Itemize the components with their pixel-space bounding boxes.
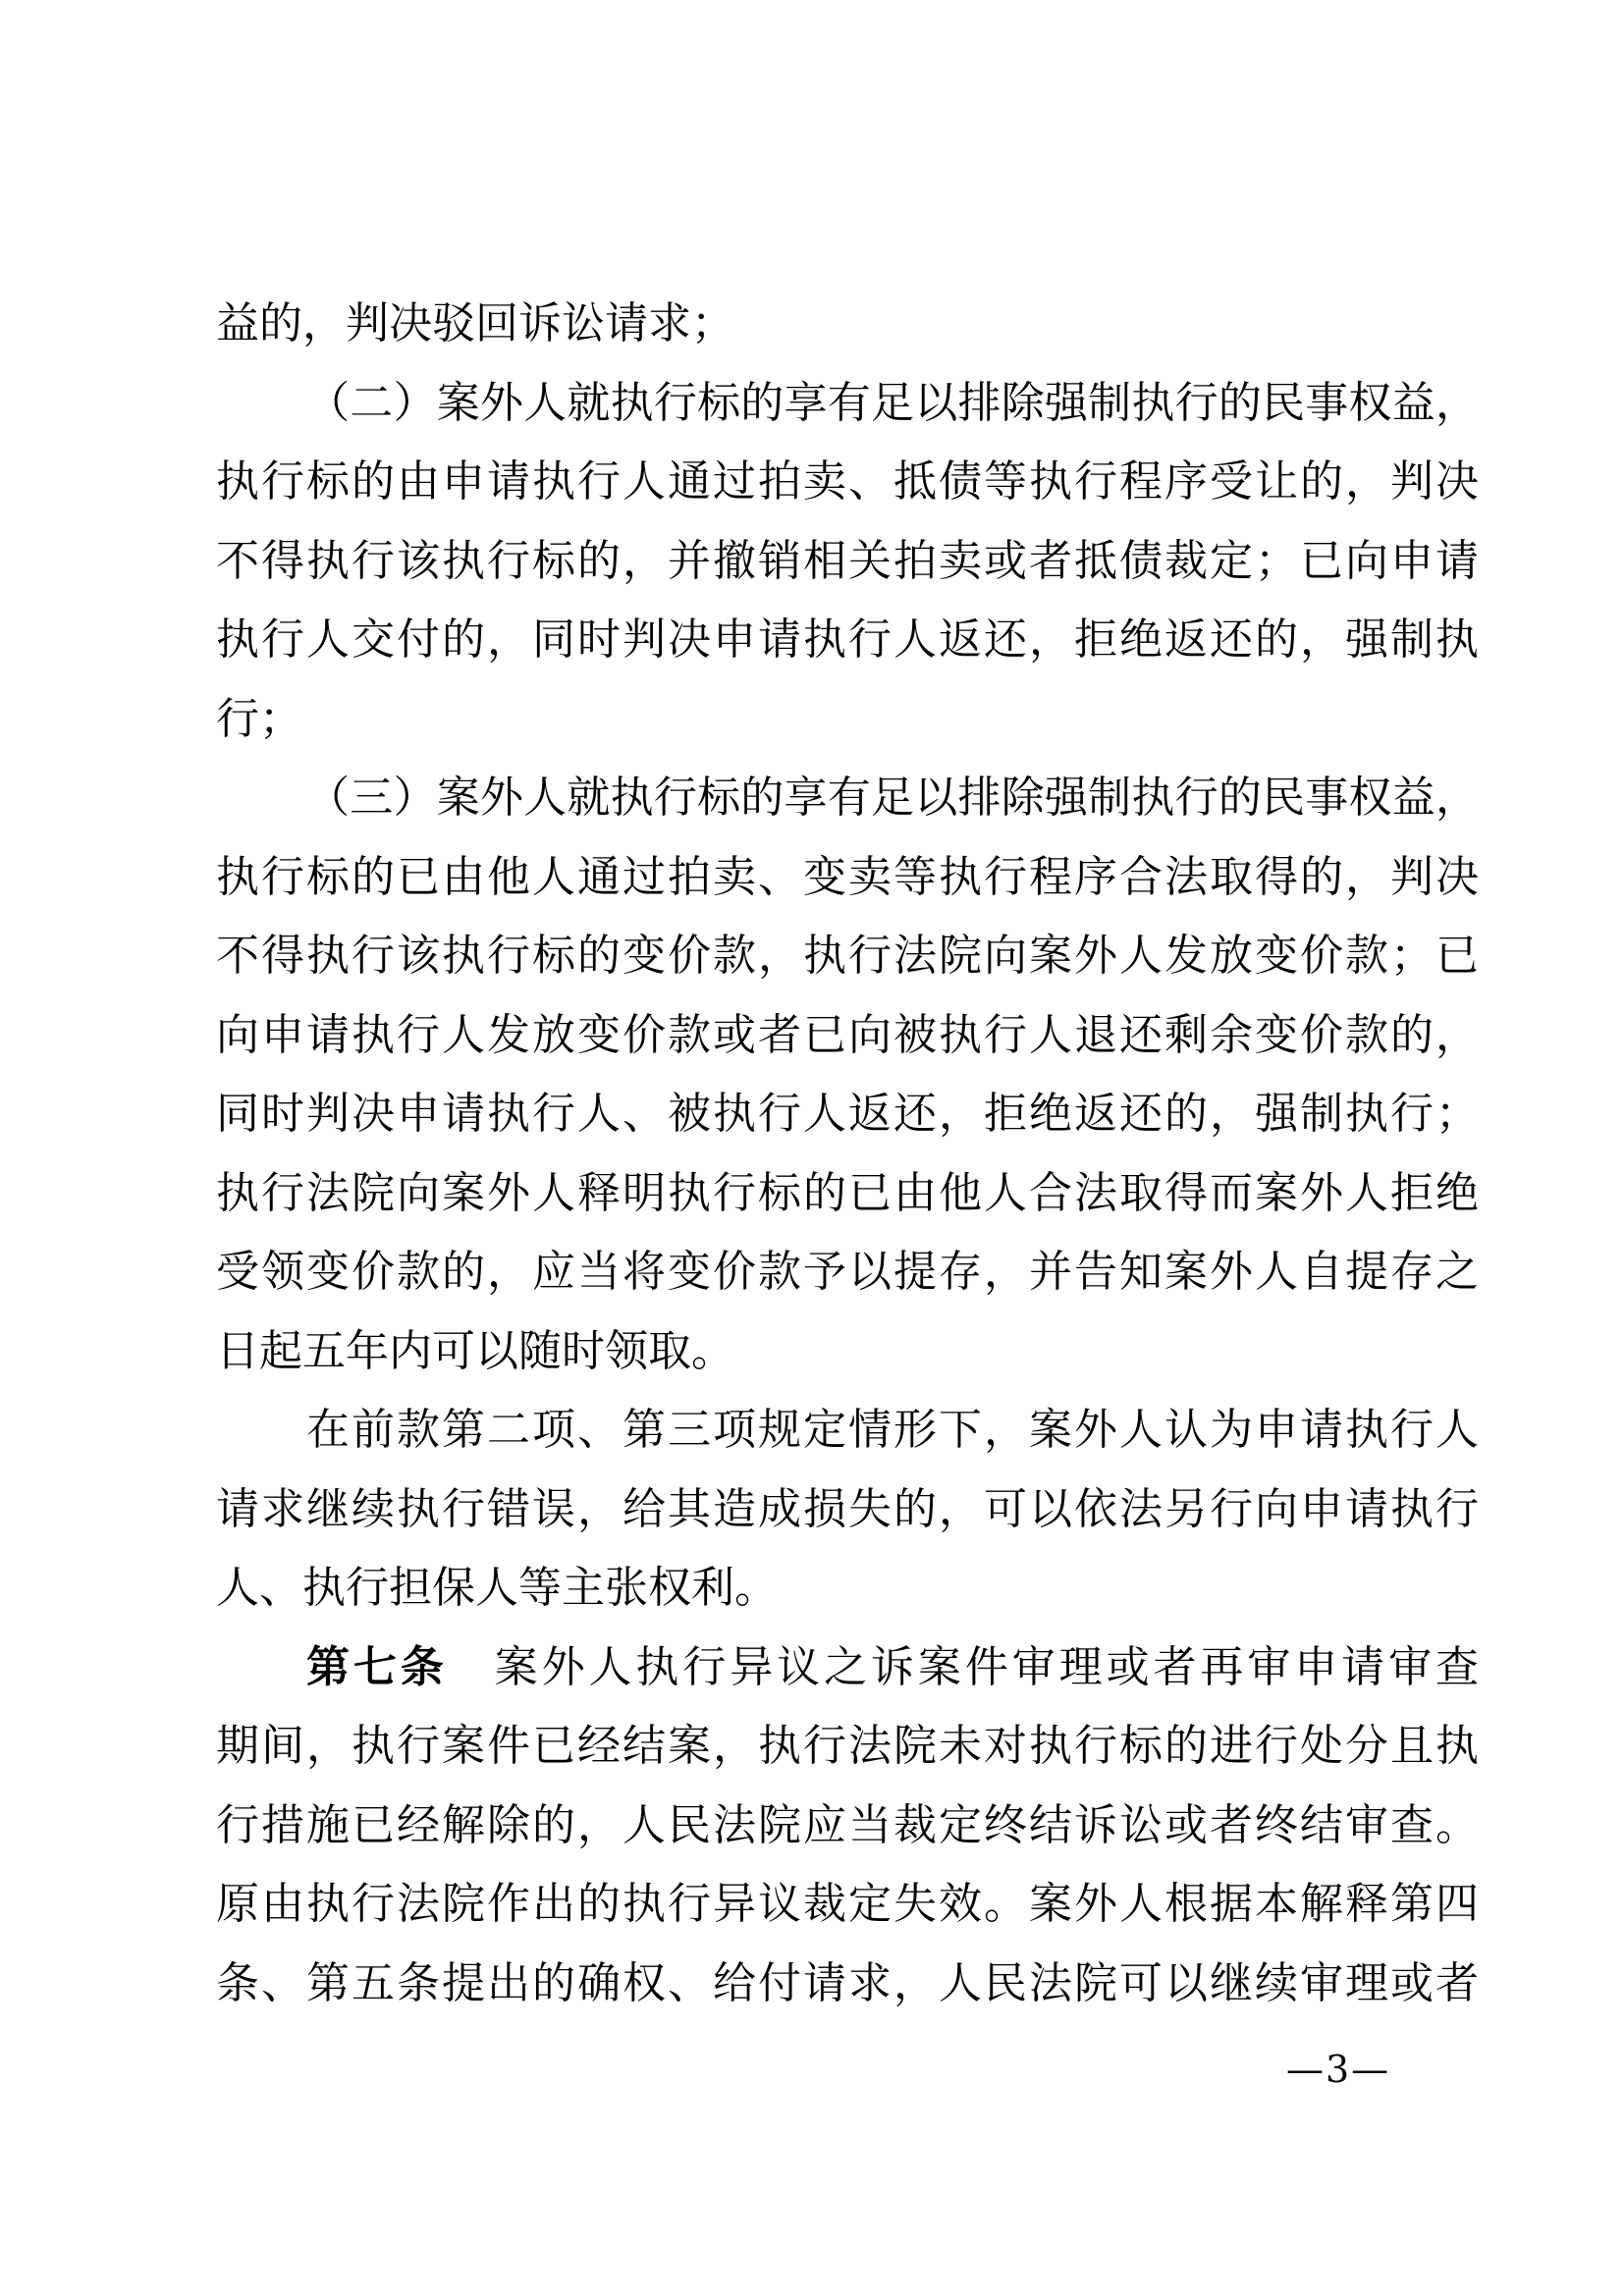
line-text: 益的，判决驳回诉讼请求； <box>216 298 734 348</box>
text-line: 人、执行担保人等主张权利。 <box>216 1549 1479 1629</box>
text-line: 不得执行该执行标的，并撤销相关拍卖或者抵债裁定；已向申请 <box>216 522 1479 602</box>
line-text: 执行标的由申请执行人通过拍卖、抵债等执行程序受让的，判决 <box>216 456 1479 507</box>
text-line: （二）案外人就执行标的享有足以排除强制执行的民事权益， <box>216 364 1479 444</box>
text-line: 行； <box>216 680 1479 760</box>
line-text: 日起五年内可以随时领取。 <box>216 1326 734 1376</box>
line-text: （二）案外人就执行标的享有足以排除强制执行的民事权益， <box>306 378 1479 428</box>
line-text: 不得执行该执行标的，并撤销相关拍卖或者抵债裁定；已向申请 <box>216 536 1479 586</box>
article-number-bold: 第七条 <box>306 1642 448 1692</box>
text-line: 请求继续执行错误，给其造成损失的，可以依法另行向申请执行 <box>216 1470 1479 1550</box>
text-line: 原由执行法院作出的执行异议裁定失效。案外人根据本解释第四 <box>216 1865 1479 1945</box>
text-line: 受领变价款的，应当将变价款予以提存，并告知案外人自提存之 <box>216 1233 1479 1312</box>
line-text: 同时判决申请执行人、被执行人返还，拒绝返还的，强制执行； <box>216 1089 1479 1139</box>
text-line: 第七条 案外人执行异议之诉案件审理或者再审申请审查 <box>216 1629 1479 1708</box>
line-text: 不得执行该执行标的变价款，执行法院向案外人发放变价款；已 <box>216 931 1479 981</box>
line-text: 执行标的已由他人通过拍卖、变卖等执行程序合法取得的，判决 <box>216 852 1479 902</box>
line-text: 执行人交付的，同时判决申请执行人返还，拒绝返还的，强制执 <box>216 614 1479 665</box>
line-text: 执行法院向案外人释明执行标的已由他人合法取得而案外人拒绝 <box>216 1168 1479 1218</box>
line-text: 行措施已经解除的，人民法院应当裁定终结诉讼或者终结审查。 <box>216 1800 1479 1850</box>
line-text: 人、执行担保人等主张权利。 <box>216 1563 778 1613</box>
text-line: 日起五年内可以随时领取。 <box>216 1312 1479 1392</box>
document-page: 益的，判决驳回诉讼请求； （二）案外人就执行标的享有足以排除强制执行的民事权益，… <box>0 0 1624 2296</box>
line-text: 原由执行法院作出的执行异议裁定失效。案外人根据本解释第四 <box>216 1879 1479 1929</box>
text-line: 不得执行该执行标的变价款，执行法院向案外人发放变价款；已 <box>216 917 1479 996</box>
text-line: 行措施已经解除的，人民法院应当裁定终结诉讼或者终结审查。 <box>216 1787 1479 1866</box>
line-text: 行； <box>216 694 302 744</box>
text-line: 执行人交付的，同时判决申请执行人返还，拒绝返还的，强制执 <box>216 601 1479 680</box>
text-line: 同时判决申请执行人、被执行人返还，拒绝返还的，强制执行； <box>216 1075 1479 1154</box>
text-line: 执行法院向案外人释明执行标的已由他人合法取得而案外人拒绝 <box>216 1154 1479 1234</box>
page-number: —3— <box>1286 2048 1390 2091</box>
line-text: 条、第五条提出的确权、给付请求，人民法院可以继续审理或者 <box>216 1958 1479 2008</box>
text-line: 期间，执行案件已经结案，执行法院未对执行标的进行处分且执 <box>216 1707 1479 1787</box>
text-line: （三）案外人就执行标的享有足以排除强制执行的民事权益， <box>216 759 1479 838</box>
line-text: 向申请执行人发放变价款或者已向被执行人退还剩余变价款的， <box>216 1010 1479 1060</box>
text-line: 在前款第二项、第三项规定情形下，案外人认为申请执行人 <box>216 1391 1479 1470</box>
text-line: 向申请执行人发放变价款或者已向被执行人退还剩余变价款的， <box>216 996 1479 1076</box>
line-text: 请求继续执行错误，给其造成损失的，可以依法另行向申请执行 <box>216 1484 1479 1534</box>
line-text: （三）案外人就执行标的享有足以排除强制执行的民事权益， <box>306 773 1479 823</box>
line-text: 案外人执行异议之诉案件审理或者再审申请审查 <box>448 1642 1479 1692</box>
line-text: 在前款第二项、第三项规定情形下，案外人认为申请执行人 <box>306 1405 1479 1455</box>
text-line: 执行标的已由他人通过拍卖、变卖等执行程序合法取得的，判决 <box>216 838 1479 918</box>
text-line: 条、第五条提出的确权、给付请求，人民法院可以继续审理或者 <box>216 1945 1479 2024</box>
line-text: 期间，执行案件已经结案，执行法院未对执行标的进行处分且执 <box>216 1721 1479 1771</box>
line-text: 受领变价款的，应当将变价款予以提存，并告知案外人自提存之 <box>216 1247 1479 1297</box>
document-body-text: 益的，判决驳回诉讼请求； （二）案外人就执行标的享有足以排除强制执行的民事权益，… <box>216 285 1479 2023</box>
text-line: 执行标的由申请执行人通过拍卖、抵债等执行程序受让的，判决 <box>216 443 1479 522</box>
text-line: 益的，判决驳回诉讼请求； <box>216 285 1479 364</box>
